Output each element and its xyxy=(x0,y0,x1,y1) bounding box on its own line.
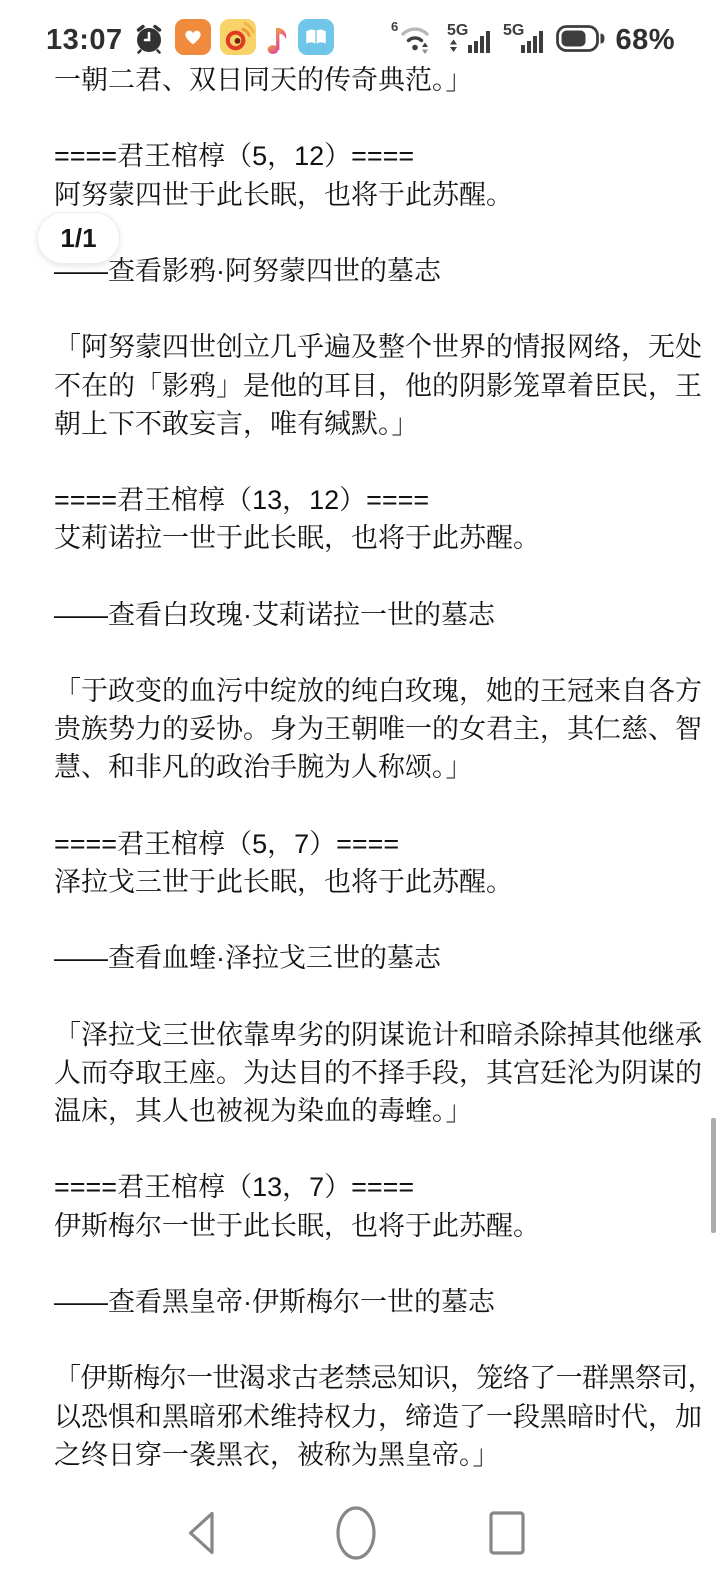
doc-line: 「伊斯梅尔一世渴求古老禁忌知识，笼络了一群黑祭司， xyxy=(0,1359,720,1397)
doc-line: 阿努蒙四世于此长眠，也将于此苏醒。 xyxy=(0,176,720,214)
doc-line: 泽拉戈三世于此长眠，也将于此苏醒。 xyxy=(0,863,720,901)
doc-line: ——查看黑皇帝·伊斯梅尔一世的墓志 xyxy=(0,1283,720,1321)
doc-line: ——查看血蝰·泽拉戈三世的墓志 xyxy=(0,939,720,977)
network-label-2: 5G xyxy=(503,22,524,39)
doc-blank-line xyxy=(0,787,720,825)
doc-line: 以恐惧和黑暗邪术维持权力，缔造了一段黑暗时代，加 xyxy=(0,1398,720,1436)
doc-line: ====君王棺椁（13，12）==== xyxy=(0,481,720,519)
signal-5g-icon-2: 5G xyxy=(503,19,547,55)
battery-percent: 68% xyxy=(615,25,675,55)
doc-line: 贵族势力的妥协。身为王朝唯一的女君主，其仁慈、智 xyxy=(0,710,720,748)
doc-line: 人而夺取王座。为达目的不择手段，其宫廷沦为阴谋的 xyxy=(0,1054,720,1092)
doc-line: 朝上下不敢妄言，唯有缄默。」 xyxy=(0,405,720,443)
network-label-1: 5G xyxy=(447,22,468,39)
home-button[interactable] xyxy=(301,1478,411,1588)
battery-icon xyxy=(556,19,606,55)
heart-app-icon xyxy=(175,19,211,55)
doc-line: ——查看白玫瑰·艾莉诺拉一世的墓志 xyxy=(0,596,720,634)
scrollbar-thumb[interactable] xyxy=(711,1118,716,1233)
phone-screen: 13:07 xyxy=(0,0,720,1588)
reader-app-icon xyxy=(298,19,334,55)
doc-blank-line xyxy=(0,290,720,328)
doc-blank-line xyxy=(0,1130,720,1168)
doc-line: 伊斯梅尔一世于此长眠，也将于此苏醒。 xyxy=(0,1207,720,1245)
doc-line: 不在的「影鸦」是他的耳目，他的阴影笼罩着臣民，王 xyxy=(0,367,720,405)
doc-line: 「于政变的血污中绽放的纯白玫瑰，她的王冠来自各方 xyxy=(0,672,720,710)
wifi6-icon: 6 xyxy=(391,19,437,55)
svg-text:6: 6 xyxy=(391,19,398,34)
doc-line: 慧、和非凡的政治手腕为人称颂。」 xyxy=(0,748,720,786)
document-text-area[interactable]: 一朝二君、双日同天的传奇典范。」====君王棺椁（5，12）====阿努蒙四世于… xyxy=(0,58,720,1488)
weibo-app-icon xyxy=(220,19,256,55)
doc-blank-line xyxy=(0,1321,720,1359)
doc-blank-line xyxy=(0,443,720,481)
doc-blank-line xyxy=(0,978,720,1016)
recents-icon xyxy=(487,1509,527,1557)
doc-line: 艾莉诺拉一世于此长眠，也将于此苏醒。 xyxy=(0,519,720,557)
doc-line: 「阿努蒙四世创立几乎遍及整个世界的情报网络，无处 xyxy=(0,328,720,366)
android-nav-bar xyxy=(0,1478,720,1588)
status-bar: 13:07 xyxy=(0,0,720,58)
page-indicator-badge: 1/1 xyxy=(37,212,120,264)
doc-line: 之终日穿一袭黑衣，被称为黑皇帝。」 xyxy=(0,1436,720,1474)
alarm-clock-icon xyxy=(132,21,166,55)
recents-button[interactable] xyxy=(452,1478,562,1588)
doc-line: ====君王棺椁（5，12）==== xyxy=(0,137,720,175)
doc-line: 温床，其人也被视为染血的毒蝰。」 xyxy=(0,1092,720,1130)
back-icon xyxy=(182,1508,222,1558)
doc-blank-line xyxy=(0,1245,720,1283)
home-icon xyxy=(334,1504,378,1562)
doc-line: ====君王棺椁（13，7）==== xyxy=(0,1168,720,1206)
doc-blank-line xyxy=(0,557,720,595)
doc-line: ====君王棺椁（5，7）==== xyxy=(0,825,720,863)
doc-blank-line xyxy=(0,901,720,939)
music-note-icon xyxy=(265,23,289,55)
doc-line: 「泽拉戈三世依靠卑劣的阴谋诡计和暗杀除掉其他继承 xyxy=(0,1016,720,1054)
doc-blank-line xyxy=(0,634,720,672)
signal-5g-icon-1: 5G xyxy=(446,19,494,55)
page-indicator-label: 1/1 xyxy=(60,223,96,254)
clock-time: 13:07 xyxy=(46,25,123,55)
back-button[interactable] xyxy=(147,1478,257,1588)
doc-blank-line xyxy=(0,99,720,137)
doc-line: 一朝二君、双日同天的传奇典范。」 xyxy=(0,61,720,99)
